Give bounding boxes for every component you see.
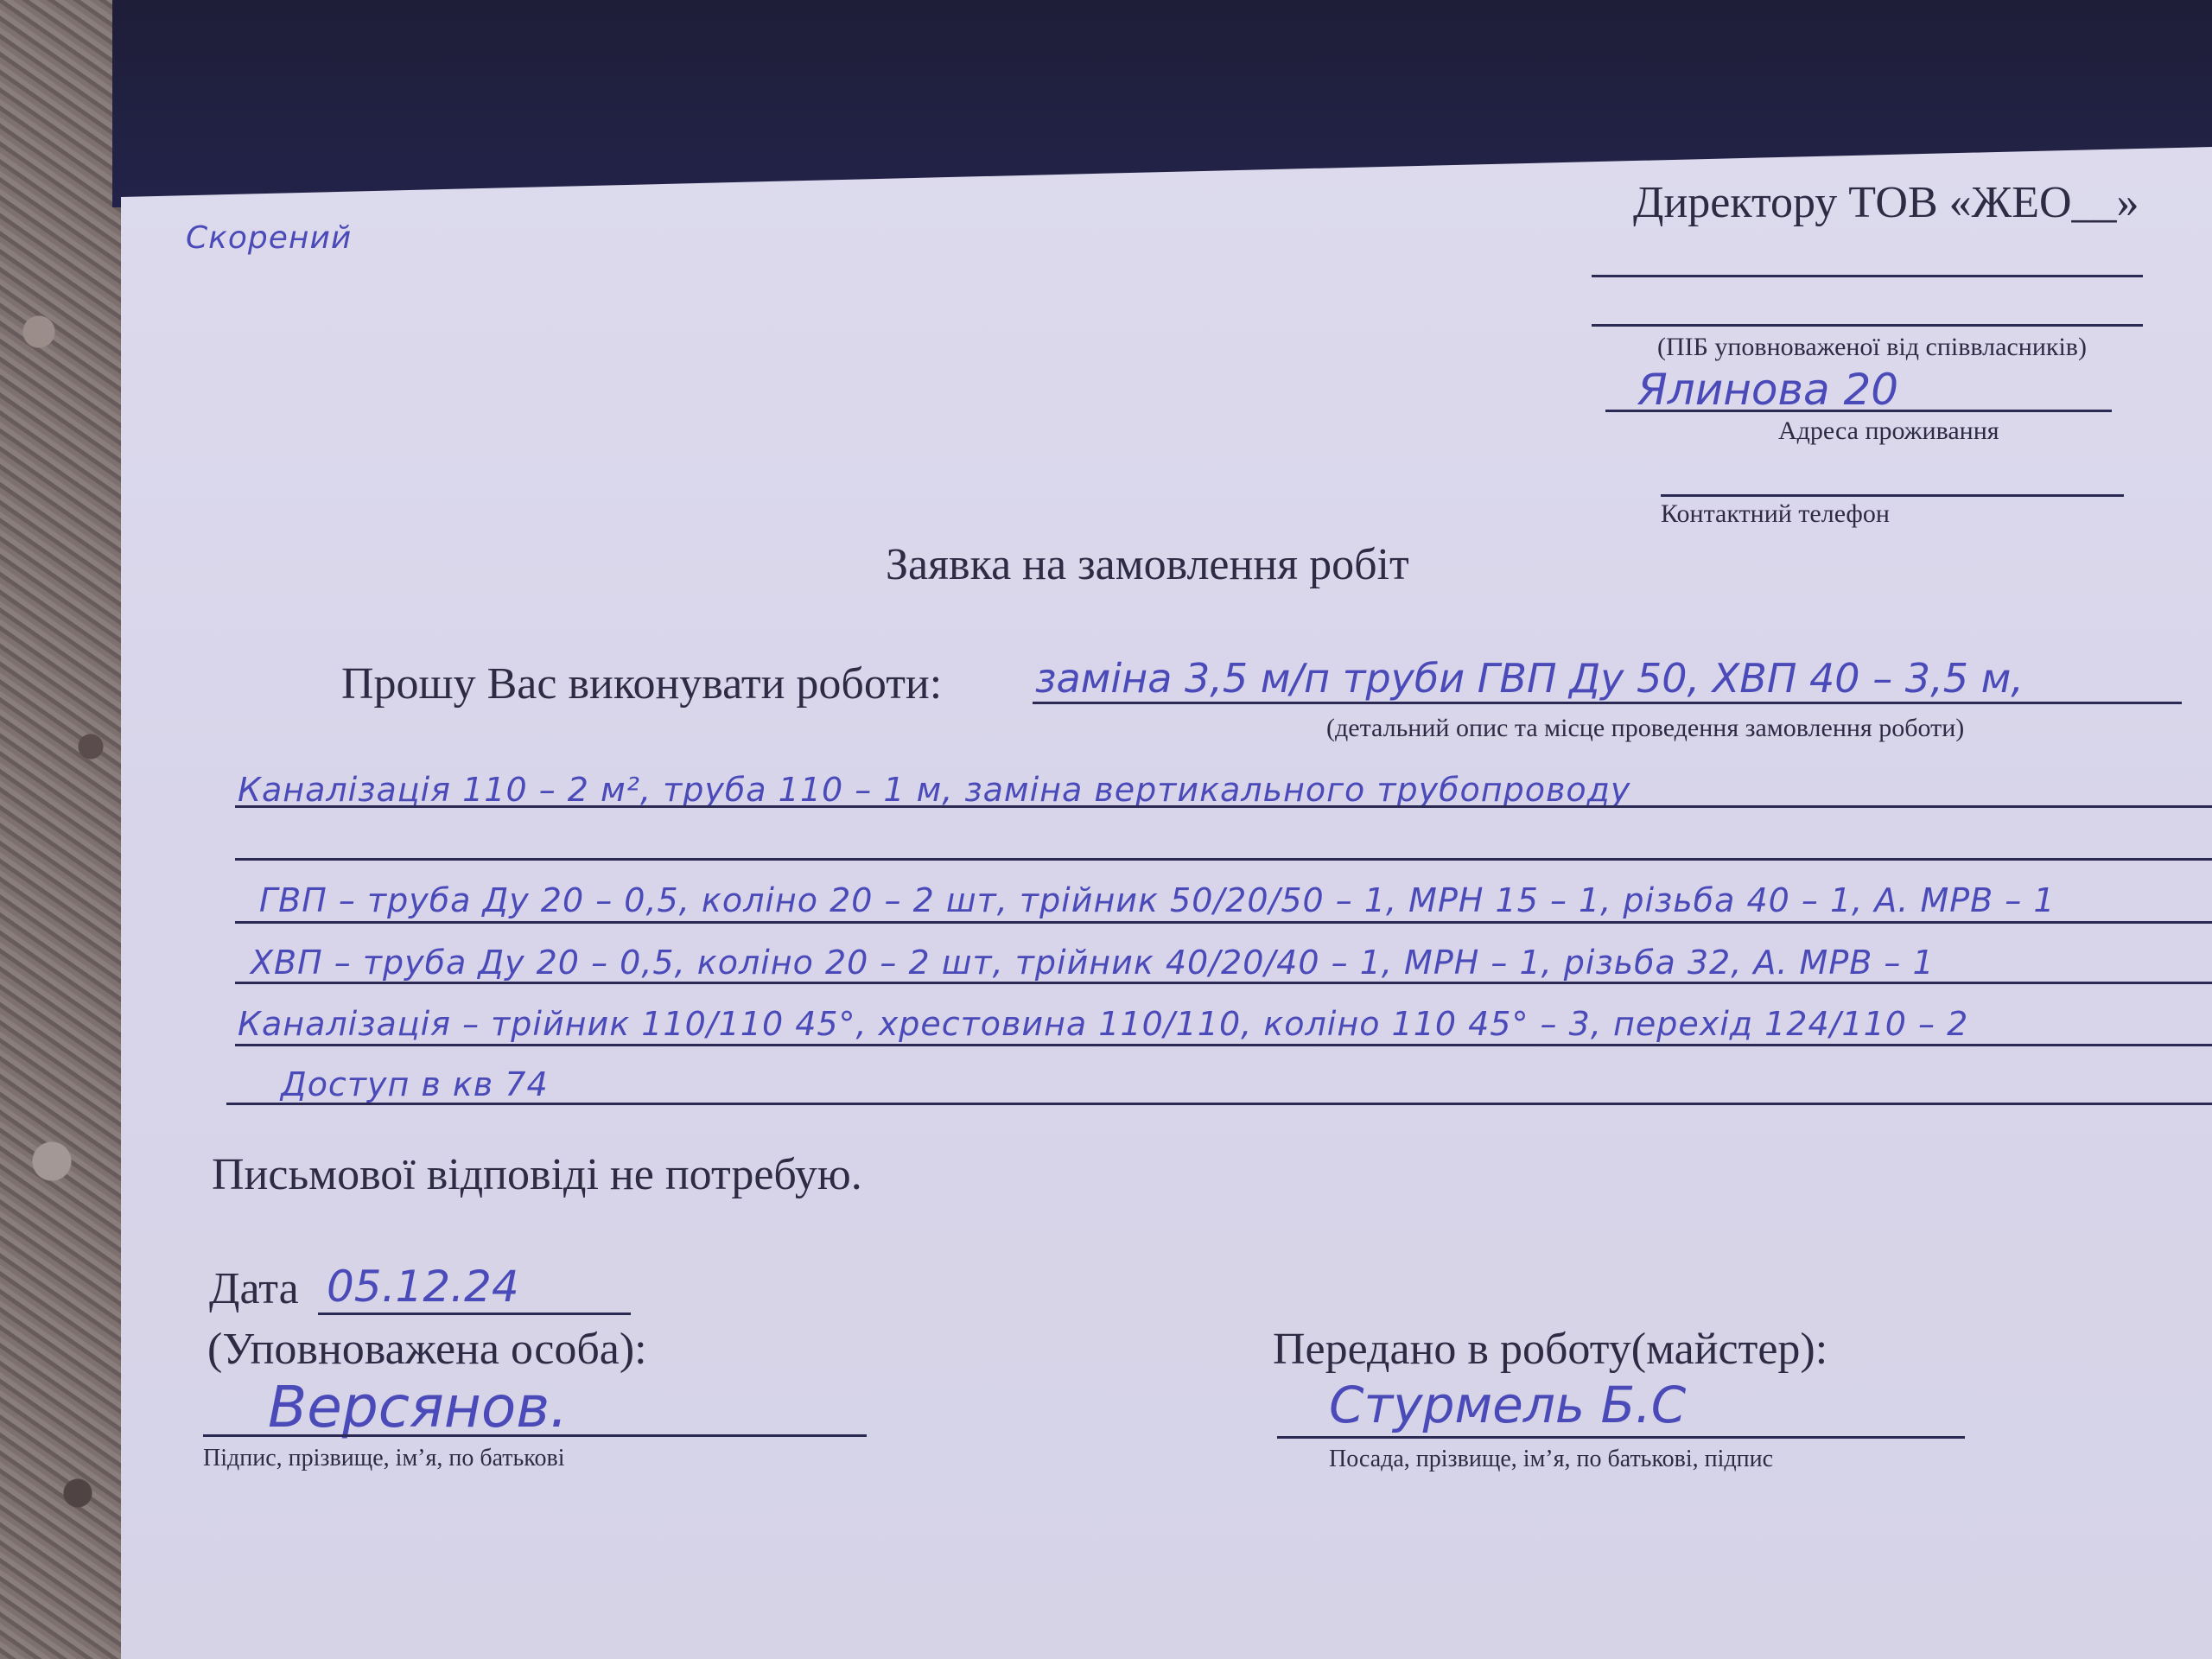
request-line-3[interactable]: ГВП – труба Ду 20 – 0,5, коліно 20 – 2 ш…	[259, 881, 2056, 919]
authorized-person-label: (Уповноважена особа):	[207, 1324, 647, 1375]
address-field-label: Адреса проживання	[1778, 416, 1999, 446]
corner-note: Скорений	[186, 220, 352, 256]
request-line-6[interactable]: Доступ в кв 74	[281, 1065, 549, 1103]
master-label: Передано в роботу(майстер):	[1273, 1324, 1827, 1375]
date-label: Дата	[209, 1263, 299, 1314]
address-line	[1605, 410, 2112, 412]
phone-line	[1661, 494, 2124, 497]
ruled-line-3	[235, 921, 2212, 924]
request-line-5[interactable]: Каналізація – трійник 110/110 45°, хрест…	[238, 1005, 1968, 1043]
request-line-1[interactable]: Каналізація 110 – 2 м², труба 110 – 1 м,…	[238, 771, 1630, 809]
request-first-line-value[interactable]: заміна 3,5 м/п труби ГВП Ду 50, ХВП 40 –…	[1035, 655, 2024, 702]
master-signature: Стурмель Б.С	[1329, 1376, 1686, 1434]
name-line-2	[1592, 324, 2143, 327]
phone-field-label: Контактний телефон	[1661, 499, 1890, 529]
addressee-heading: Директору ТОВ «ЖЕО__»	[1633, 177, 2139, 228]
application-form-sheet: Скорений Директору ТОВ «ЖЕО__» (ПІБ упов…	[121, 0, 2212, 1659]
no-reply-statement: Письмової відповіді не потребую.	[212, 1149, 862, 1200]
stone-surface-background	[0, 0, 130, 1659]
ruled-line-4	[235, 982, 2212, 984]
ruled-line-1	[235, 805, 2212, 808]
date-line	[318, 1313, 631, 1315]
ruled-line-5	[235, 1044, 2212, 1046]
ruled-line-2	[235, 858, 2212, 861]
date-value[interactable]: 05.12.24	[327, 1262, 519, 1312]
ruled-line-6	[226, 1103, 2212, 1105]
master-signature-line	[1277, 1436, 1965, 1439]
request-first-line	[1033, 702, 2182, 704]
name-line-1	[1592, 275, 2143, 277]
master-signature-sublabel: Посада, прізвище, ім’я, по батькові, під…	[1329, 1446, 1773, 1473]
authorized-signature: Версянов.	[268, 1374, 568, 1440]
address-field-value[interactable]: Ялинова 20	[1637, 365, 1898, 415]
request-line-4[interactable]: ХВП – труба Ду 20 – 0,5, коліно 20 – 2 ш…	[251, 944, 1935, 982]
authorized-signature-sublabel: Підпис, прізвище, ім’я, по батькові	[203, 1445, 564, 1472]
name-field-label: (ПІБ уповноваженої від співвласників)	[1657, 333, 2087, 362]
authorized-signature-line	[203, 1434, 867, 1437]
page-title: Заявка на замовлення робіт	[886, 539, 1409, 590]
request-lead-label: Прошу Вас виконувати роботи:	[341, 658, 942, 709]
request-sublabel: (детальний опис та місце проведення замо…	[1326, 714, 1964, 743]
